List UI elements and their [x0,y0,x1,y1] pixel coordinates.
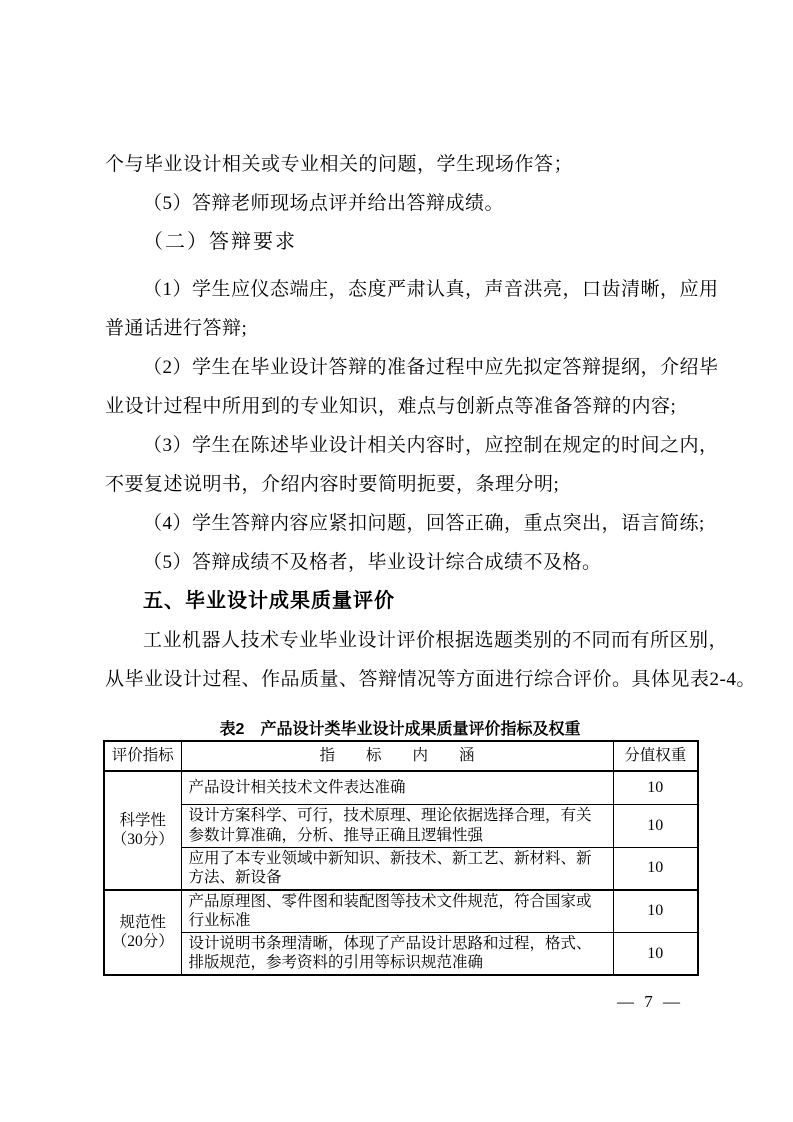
table-row: 应用了本专业领域中新知识、新技术、新工艺、新材料、新方法、新设备 10 [104,847,698,890]
content-cell: 设计说明书条理清晰，体现了产品设计思路和过程，格式、排版规范，参考资料的引用等标… [181,932,613,975]
body-text-line: 从毕业设计过程、作品质量、答辩情况等方面进行综合评价。具体见表2-4。 [105,660,697,699]
indicator-name: 规范性 [107,913,179,933]
body-text-line: （3）学生在陈述毕业设计相关内容时，应控制在规定的时间之内， [105,426,697,465]
evaluation-table: 评价指标 指 标 内 涵 分值权重 科学性 （30分） 产品设计相关技术文件表达… [103,740,699,976]
subsection-heading: （二）答辩要求 [105,223,697,262]
body-text-line: （2）学生在毕业设计答辩的准备过程中应先拟定答辩提纲，介绍毕 [105,348,697,387]
table-row: 设计方案科学、可行，技术原理、理论依据选择合理，有关参数计算准确，分析、推导正确… [104,804,698,847]
weight-cell: 10 [613,804,698,847]
body-text: 个与毕业设计相关或专业相关的问题，学生现场作答； （5）答辩老师现场点评并给出答… [105,145,697,699]
indicator-name: 科学性 [107,811,179,831]
body-text-line: （5）答辩老师现场点评并给出答辩成绩。 [105,184,697,223]
weight-cell: 10 [613,890,698,933]
body-text-line: 普通话进行答辩; [105,309,697,348]
table-header-row: 评价指标 指 标 内 涵 分值权重 [104,741,698,771]
body-text-line: （1）学生应仪态端庄，态度严肃认真，声音洪亮，口齿清晰，应用 [105,270,697,309]
header-cell-content: 指 标 内 涵 [181,741,613,771]
content-cell: 设计方案科学、可行，技术原理、理论依据选择合理，有关参数计算准确，分析、推导正确… [181,804,613,847]
body-text-line: 不要复述说明书，介绍内容时要简明扼要，条理分明; [105,465,697,504]
table-row: 设计说明书条理清晰，体现了产品设计思路和过程，格式、排版规范，参考资料的引用等标… [104,932,698,975]
content-cell: 应用了本专业领域中新知识、新技术、新工艺、新材料、新方法、新设备 [181,847,613,890]
table-title: 表2 产品设计类毕业设计成果质量评价指标及权重 [103,716,697,739]
body-text-line: 个与毕业设计相关或专业相关的问题，学生现场作答； [105,145,697,184]
indicator-score: （30分） [107,830,179,850]
indicator-group-cell: 规范性 （20分） [104,890,181,976]
weight-cell: 10 [613,932,698,975]
header-cell-weight: 分值权重 [613,741,698,771]
document-page: 个与毕业设计相关或专业相关的问题，学生现场作答； （5）答辩老师现场点评并给出答… [0,0,793,1122]
content-cell: 产品原理图、零件图和装配图等技术文件规范，符合国家或行业标准 [181,890,613,933]
body-text-line: 工业机器人技术专业毕业设计评价根据选题类别的不同而有所区别， [105,621,697,660]
page-number: — 7 — [600,992,700,1012]
weight-cell: 10 [613,771,698,804]
table-row: 科学性 （30分） 产品设计相关技术文件表达准确 10 [104,771,698,804]
indicator-score: （20分） [107,932,179,952]
content-cell: 产品设计相关技术文件表达准确 [181,771,613,804]
header-cell-indicator: 评价指标 [104,741,181,771]
weight-cell: 10 [613,847,698,890]
indicator-group-cell: 科学性 （30分） [104,771,181,890]
section-heading: 五、毕业设计成果质量评价 [105,582,697,621]
table-row: 规范性 （20分） 产品原理图、零件图和装配图等技术文件规范，符合国家或行业标准… [104,890,698,933]
body-text-line: 业设计过程中所用到的专业知识，难点与创新点等准备答辩的内容; [105,387,697,426]
body-text-line: （4）学生答辩内容应紧扣问题，回答正确，重点突出，语言简练; [105,504,697,543]
body-text-line: （5）答辩成绩不及格者，毕业设计综合成绩不及格。 [105,543,697,582]
